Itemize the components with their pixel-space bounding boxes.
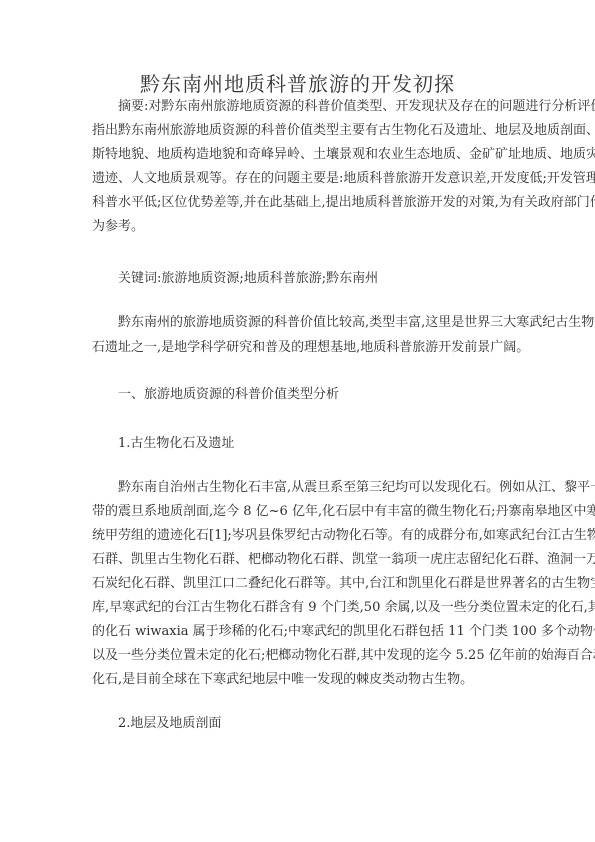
subsection-heading: 2.地层及地质剖面 xyxy=(118,715,221,733)
paragraph-line: 带的震旦系地质剖面,迄今 8 亿~6 亿年,化石层中有丰富的微生物化石;丹寨南皋… xyxy=(92,503,510,521)
paragraph-line: 石群、凯里古生物化石群、杷榔动物化石群、凯堂一翁项一虎庄志留纪化石群、渔洞一万潮 xyxy=(92,551,510,569)
abstract-line: 为参考。 xyxy=(92,218,510,236)
abstract-line: 摘要:对黔东南州旅游地质资源的科普价值类型、开发现状及存在的问题进行分析评价, xyxy=(118,98,510,116)
paragraph-line: 以及一些分类位置未定的化石;杷榔动物化石群,其中发现的迄今 5.25 亿年前的始… xyxy=(92,647,510,665)
paragraph-line: 石遗址之一,是地学科学研究和普及的理想基地,地质科普旅游开发前景广阔。 xyxy=(92,339,510,357)
paragraph-line: 库,早寒武纪的台江古生物化石群含有 9 个门类,50 余属,以及一些分类位置未定… xyxy=(92,599,510,617)
subsection-heading: 1.古生物化石及遗址 xyxy=(118,435,234,453)
paragraph-line: 黔东南州的旅游地质资源的科普价值比较高,类型丰富,这里是世界三大寒武纪古生物化 xyxy=(118,314,510,332)
paragraph-line: 化石,是目前全球在下寒武纪地层中唯一发现的棘皮类动物古生物。 xyxy=(92,671,510,689)
section-heading: 一、旅游地质资源的科普价值类型分析 xyxy=(118,386,339,404)
document-page: 黔东南州地质科普旅游的开发初探 摘要:对黔东南州旅游地质资源的科普价值类型、开发… xyxy=(0,0,595,842)
abstract-line: 指出黔东南州旅游地质资源的科普价值类型主要有古生物化石及遗址、地层及地质剖面、喀 xyxy=(92,122,510,140)
abstract-line: 科普水平低;区位优势差等,并在此基础上,提出地质科普旅游开发的对策,为有关政府部… xyxy=(92,194,510,212)
paragraph-line: 黔东南自治州古生物化石丰富,从震旦系至第三纪均可以发现化石。例如从江、黎平一 xyxy=(118,479,510,497)
document-title: 黔东南州地质科普旅游的开发初探 xyxy=(0,71,595,97)
keywords: 关键词:旅游地质资源;地质科普旅游;黔东南州 xyxy=(118,270,378,288)
paragraph-line: 石炭纪化石群、凯里江口二叠纪化石群等。其中,台江和凯里化石群是世界著名的古生物宝 xyxy=(92,575,510,593)
abstract-line: 遗迹、人文地质景观等。存在的问题主要是:地质科普旅游开发意识差,开发度低;开发管… xyxy=(92,170,510,188)
abstract-line: 斯特地貌、地质构造地貌和奇峰异岭、土壤景观和农业生态地质、金矿矿址地质、地质灾害 xyxy=(92,146,510,164)
paragraph-line: 统甲劳组的遗迹化石[1];岑巩县侏罗纪古动物化石等。有的成群分布,如寒武纪台江古… xyxy=(92,527,510,545)
paragraph-line: 的化石 wiwaxia 属于珍稀的化石;中寒武纪的凯里化石群包括 11 个门类 … xyxy=(92,623,510,641)
